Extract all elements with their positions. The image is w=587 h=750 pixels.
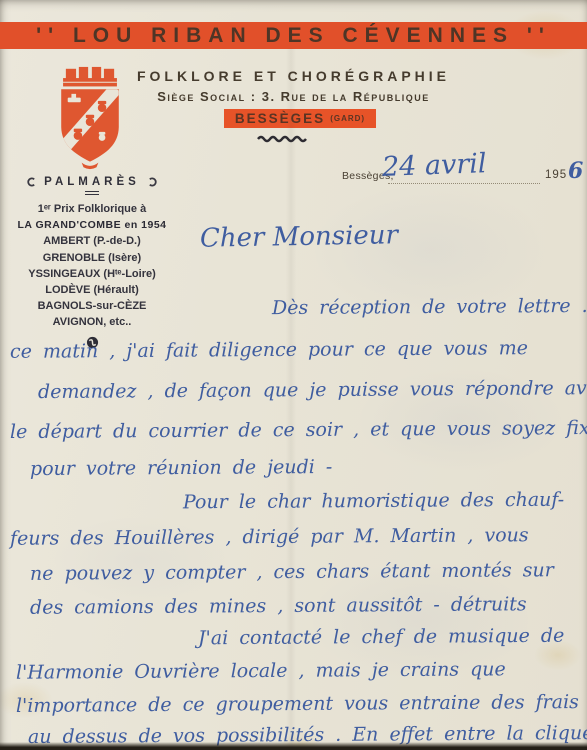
handwritten-line: J'ai contacté le chef de musique de: [198, 625, 564, 650]
squiggle-divider-icon: [256, 134, 312, 144]
city-badge: BESSÈGES (GARD): [224, 109, 376, 128]
palmares-title: PALMARÈS: [44, 176, 140, 188]
palmares-item: LODÈVE (Hérault): [12, 282, 172, 298]
city-badge-name: BESSÈGES: [235, 111, 325, 126]
salutation: Cher Monsieur: [200, 220, 398, 253]
city-badge-department: (GARD): [330, 114, 365, 123]
coat-of-arms-icon: [42, 66, 138, 170]
handwritten-line: l'importance de ce groupement vous entra…: [16, 691, 579, 717]
handwritten-line: ce matin , j'ai fait diligence pour ce q…: [10, 337, 528, 363]
floret-right-icon: [148, 177, 157, 187]
scan-bottom-edge: [0, 742, 587, 750]
handwritten-line: l'Harmonie Ouvrière locale , mais je cra…: [16, 658, 506, 683]
palmares-header: PALMARÈS: [12, 176, 172, 188]
palmares-item: 1ᵉʳ Prix Folklorique à: [12, 201, 172, 217]
floret-left-icon: [27, 177, 36, 187]
scanned-letter-page: '' LOU RIBAN DES CÉVENNES '' FOLKLORE ET…: [0, 0, 587, 750]
handwritten-year-digit: 6: [568, 158, 583, 184]
banner-title: '' LOU RIBAN DES CÉVENNES '': [36, 24, 551, 48]
handwritten-line: demandez , de façon que je puisse vous r…: [38, 377, 587, 403]
handwritten-line: le départ du courrier de ce soir , et qu…: [10, 417, 587, 443]
palmares-item: BAGNOLS-sur-CÈZE: [12, 298, 172, 314]
letterhead-banner: '' LOU RIBAN DES CÉVENNES '': [0, 22, 587, 49]
handwritten-line: Pour le char humoristique des chauf-: [183, 489, 564, 514]
handwritten-line: pour votre réunion de jeudi -: [30, 456, 332, 480]
dateline: Bessèges, 24 avril 195 6: [330, 158, 580, 194]
palmares-item: AMBERT (P.-de-D.): [12, 233, 172, 249]
palmares-item: GRENOBLE (Isère): [12, 250, 172, 266]
palmares-section: PALMARÈS 1ᵉʳ Prix Folklorique à LA GRAND…: [12, 176, 172, 354]
palmares-underline: [85, 191, 99, 195]
handwritten-date: 24 avril: [381, 148, 486, 183]
handwritten-line: feurs des Houillères , dirigé par M. Mar…: [10, 524, 529, 550]
handwritten-line: des camions des mines , sont aussitôt - …: [30, 593, 527, 618]
palmares-item: AVIGNON, etc..: [12, 314, 172, 330]
handwritten-line: ne pouvez y compter , ces chars étant mo…: [30, 559, 554, 585]
palmares-item: LA GRAND'COMBE en 1954: [12, 217, 172, 233]
palmares-item: YSSINGEAUX (Hᵗᵉ-Loire): [12, 266, 172, 282]
handwritten-line: Dès réception de votre lettre .: [272, 295, 587, 319]
dateline-year-printed: 195: [545, 169, 567, 181]
